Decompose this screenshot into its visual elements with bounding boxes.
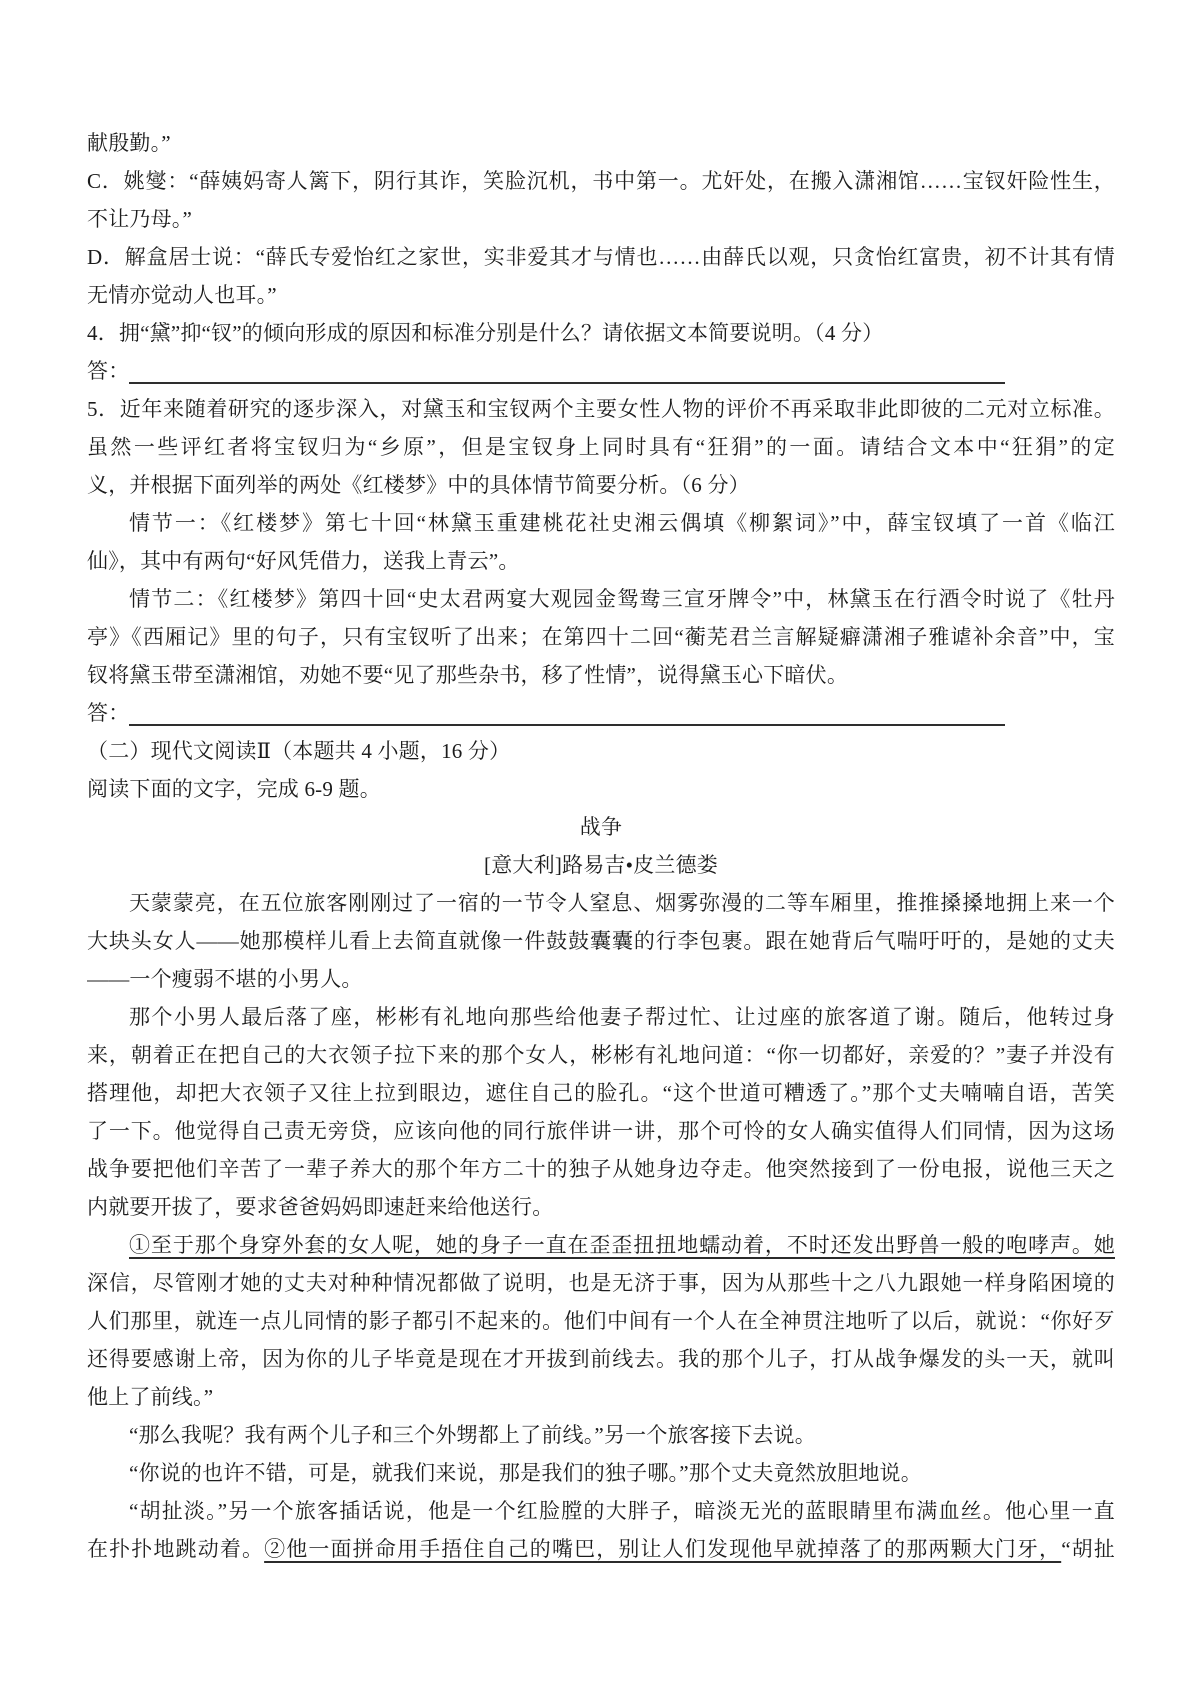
text-segment: 那个小男人最后落了座，彬彬有礼地向那些给他妻子帮过忙、让过座的旅客道了谢。随后，… (129, 1005, 1115, 1029)
text-segment: 内就要开拔了，要求爸爸妈妈即速赶来给他送行。 (87, 1195, 553, 1219)
underlined-passage: ①至于那个身穿外套的女人呢，她的身子一直在歪歪扭扭地蠕动着，不时还发出野兽一般的… (129, 1233, 1115, 1257)
plot-2-line-2: 亭》《西厢记》里的句子，只有宝钗听了出来；在第四十二回“蘅芜君兰言解疑癖潇湘子雅… (87, 618, 1115, 656)
reading-instruction: 阅读下面的文字，完成 6-9 题。 (87, 770, 1115, 808)
passage-p2-line-6: 内就要开拔了，要求爸爸妈妈即速赶来给他送行。 (87, 1188, 1115, 1226)
plot-1-line-2: 仙》，其中有两句“好风凭借力，送我上青云”。 (87, 542, 1115, 580)
text-segment: 义，并根据下面列举的两处《红楼梦》中的具体情节简要分析。（6 分） (87, 473, 750, 497)
text-segment: 钗将黛玉带至潇湘馆，劝她不要“见了那些杂书，移了性情”，说得黛玉心下暗伏。 (87, 663, 848, 687)
passage-title: 战争 (87, 808, 1115, 846)
passage-p6-line-2: 在扑扑地跳动着。②他一面拼命用手捂住自己的嘴巴，别让人们发现他早就掉落了的那两颗… (87, 1530, 1115, 1568)
plot-1-line-1: 情节一：《红楼梦》第七十回“林黛玉重建桃花社史湘云偶填《柳絮词》”中，薛宝钗填了… (87, 504, 1115, 542)
passage-p2-line-5: 战争要把他们辛苦了一辈子养大的那个年方二十的独子从她身边夺走。他突然接到了一份电… (87, 1150, 1115, 1188)
text-segment: 战争要把他们辛苦了一辈子养大的那个年方二十的独子从她身边夺走。他突然接到了一份电… (87, 1157, 1115, 1181)
text-segment: 4．拥“黛”抑“钗”的倾向形成的原因和标准分别是什么？请依据文本简要说明。（4 … (87, 321, 883, 345)
passage-author: [意大利]路易吉•皮兰德娄 (87, 846, 1115, 884)
text-segment: 搭理他，却把大衣领子又往上拉到眼边，遮住自己的脸孔。“这个世道可糟透了。”那个丈… (87, 1081, 1115, 1105)
text-segment: 情节二：《红楼梦》第四十回“史太君两宴大观园金鸳鸯三宣牙牌令”中，林黛玉在行酒令… (129, 587, 1115, 611)
text-segment: “你说的也许不错，可是，就我们来说，那是我们的独子哪。”那个丈夫竟然放胆地说。 (129, 1461, 922, 1485)
text-segment: “那么我呢？我有两个儿子和三个外甥都上了前线。”另一个旅客接下去说。 (129, 1423, 816, 1447)
passage-p3-line-3: 人们那里，就连一点儿同情的影子都引不起来的。他们中间有一个人在全神贯注地听了以后… (87, 1302, 1115, 1340)
passage-p2-line-2: 来，朝着正在把自己的大衣领子拉下来的那个女人，彬彬有礼地问道：“你一切都好，亲爱… (87, 1036, 1115, 1074)
text-segment: （二）现代文阅读Ⅱ（本题共 4 小题，16 分） (87, 739, 510, 763)
option-d-tail: 无情亦觉动人也耳。” (87, 276, 1115, 314)
passage-p2-line-4: 了一下。他觉得自己责无旁贷，应该向他的同行旅伴讲一讲，那个可怜的女人确实值得人们… (87, 1112, 1115, 1150)
question-5-line-1: 5．近年来随着研究的逐步深入，对黛玉和宝钗两个主要女性人物的评价不再采取非此即彼… (87, 390, 1115, 428)
answer-line-q4: 答： (87, 352, 1115, 390)
text-segment: 战争 (580, 815, 622, 839)
option-c: C．姚燮：“薛姨妈寄人篱下，阴行其诈，笑脸沉机，书中第一。尤奸处，在搬入潇湘馆…… (87, 162, 1115, 200)
passage-p3-line-5: 他上了前线。” (87, 1378, 1115, 1416)
text-segment: 大块头女人——她那模样儿看上去简直就像一件鼓鼓囊囊的行李包裹。跟在她背后气喘吁吁… (87, 929, 1115, 953)
text-segment: 5．近年来随着研究的逐步深入，对黛玉和宝钗两个主要女性人物的评价不再采取非此即彼… (87, 397, 1115, 421)
text-segment: 还得要感谢上帝，因为你的儿子毕竟是现在才开拔到前线去。我的那个儿子，打从战争爆发… (87, 1347, 1115, 1371)
option-c-tail: 不让乃母。” (87, 200, 1115, 238)
text-segment: 不让乃母。” (87, 207, 192, 231)
passage-p3-line-2: 深信，尽管刚才她的丈夫对种种情况都做了说明，也是无济于事，因为从那些十之八九跟她… (87, 1264, 1115, 1302)
option-c-continuation-tail: 献殷勤。” (87, 124, 1115, 162)
answer-blank-line[interactable] (129, 694, 1005, 726)
text-segment: 献殷勤。” (87, 131, 171, 155)
question-5-line-3: 义，并根据下面列举的两处《红楼梦》中的具体情节简要分析。（6 分） (87, 466, 1115, 504)
text-segment: [意大利]路易吉•皮兰德娄 (484, 853, 718, 877)
passage-p5: “你说的也许不错，可是，就我们来说，那是我们的独子哪。”那个丈夫竟然放胆地说。 (87, 1454, 1115, 1492)
answer-blank-line[interactable] (129, 352, 1005, 384)
text-segment: 情节一：《红楼梦》第七十回“林黛玉重建桃花社史湘云偶填《柳絮词》”中，薛宝钗填了… (129, 511, 1115, 535)
text-segment: 他上了前线。” (87, 1385, 213, 1409)
text-segment: 虽然一些评红者将宝钗归为“乡原”，但是宝钗身上同时具有“狂狷”的一面。请结合文本… (87, 435, 1115, 459)
text-segment: “胡扯 (1061, 1537, 1115, 1561)
passage-p3-line-1-underlined: ①至于那个身穿外套的女人呢，她的身子一直在歪歪扭扭地蠕动着，不时还发出野兽一般的… (87, 1226, 1115, 1264)
text-segment: “胡扯淡。”另一个旅客插话说，他是一个红脸膛的大胖子，暗淡无光的蓝眼睛里布满血丝… (129, 1499, 1115, 1523)
question-5-line-2: 虽然一些评红者将宝钗归为“乡原”，但是宝钗身上同时具有“狂狷”的一面。请结合文本… (87, 428, 1115, 466)
passage-p2-line-1: 那个小男人最后落了座，彬彬有礼地向那些给他妻子帮过忙、让过座的旅客道了谢。随后，… (87, 998, 1115, 1036)
answer-label: 答： (87, 352, 129, 390)
answer-line-q5: 答： (87, 694, 1115, 732)
exam-page: { "page": { "background": "#ffffff", "te… (0, 0, 1200, 1698)
option-d: D．解盒居士说：“薛氏专爱怡红之家世，实非爱其才与情也……由薛氏以观，只贪怡红富… (87, 238, 1115, 276)
text-segment: 深信，尽管刚才她的丈夫对种种情况都做了说明，也是无济于事，因为从那些十之八九跟她… (87, 1271, 1115, 1295)
plot-2-line-1: 情节二：《红楼梦》第四十回“史太君两宴大观园金鸳鸯三宣牙牌令”中，林黛玉在行酒令… (87, 580, 1115, 618)
passage-p6-line-1: “胡扯淡。”另一个旅客插话说，他是一个红脸膛的大胖子，暗淡无光的蓝眼睛里布满血丝… (87, 1492, 1115, 1530)
document-body: 献殷勤。”C．姚燮：“薛姨妈寄人篱下，阴行其诈，笑脸沉机，书中第一。尤奸处，在搬… (87, 124, 1115, 1568)
passage-p1-line-2: 大块头女人——她那模样儿看上去简直就像一件鼓鼓囊囊的行李包裹。跟在她背后气喘吁吁… (87, 922, 1115, 960)
question-4: 4．拥“黛”抑“钗”的倾向形成的原因和标准分别是什么？请依据文本简要说明。（4 … (87, 314, 1115, 352)
underlined-passage: ②他一面拼命用手捂住自己的嘴巴，别让人们发现他早就掉落了的那两颗大门牙， (264, 1537, 1061, 1561)
plot-2-line-3: 钗将黛玉带至潇湘馆，劝她不要“见了那些杂书，移了性情”，说得黛玉心下暗伏。 (87, 656, 1115, 694)
passage-p1-line-3: ——一个瘦弱不堪的小男人。 (87, 960, 1115, 998)
answer-label: 答： (87, 694, 129, 732)
text-segment: 人们那里，就连一点儿同情的影子都引不起来的。他们中间有一个人在全神贯注地听了以后… (87, 1309, 1115, 1333)
text-segment: 无情亦觉动人也耳。” (87, 283, 277, 307)
section-2-heading: （二）现代文阅读Ⅱ（本题共 4 小题，16 分） (87, 732, 1115, 770)
passage-p4: “那么我呢？我有两个儿子和三个外甥都上了前线。”另一个旅客接下去说。 (87, 1416, 1115, 1454)
text-segment: C．姚燮：“薛姨妈寄人篱下，阴行其诈，笑脸沉机，书中第一。尤奸处，在搬入潇湘馆…… (87, 169, 1115, 193)
text-segment: 在扑扑地跳动着。 (87, 1537, 264, 1561)
text-segment: ——一个瘦弱不堪的小男人。 (87, 967, 363, 991)
text-segment: 了一下。他觉得自己责无旁贷，应该向他的同行旅伴讲一讲，那个可怜的女人确实值得人们… (87, 1119, 1115, 1143)
passage-p1-line-1: 天蒙蒙亮，在五位旅客刚刚过了一宿的一节令人窒息、烟雾弥漫的二等车厢里，推推搡搡地… (87, 884, 1115, 922)
passage-p2-line-3: 搭理他，却把大衣领子又往上拉到眼边，遮住自己的脸孔。“这个世道可糟透了。”那个丈… (87, 1074, 1115, 1112)
text-segment: D．解盒居士说：“薛氏专爱怡红之家世，实非爱其才与情也……由薛氏以观，只贪怡红富… (87, 245, 1115, 269)
text-segment: 天蒙蒙亮，在五位旅客刚刚过了一宿的一节令人窒息、烟雾弥漫的二等车厢里，推推搡搡地… (129, 891, 1115, 915)
text-segment: 亭》《西厢记》里的句子，只有宝钗听了出来；在第四十二回“蘅芜君兰言解疑癖潇湘子雅… (87, 625, 1115, 649)
passage-p3-line-4: 还得要感谢上帝，因为你的儿子毕竟是现在才开拔到前线去。我的那个儿子，打从战争爆发… (87, 1340, 1115, 1378)
text-segment: 阅读下面的文字，完成 6-9 题。 (87, 777, 381, 801)
text-segment: 来，朝着正在把自己的大衣领子拉下来的那个女人，彬彬有礼地问道：“你一切都好，亲爱… (87, 1043, 1115, 1067)
text-segment: 仙》，其中有两句“好风凭借力，送我上青云”。 (87, 549, 520, 573)
